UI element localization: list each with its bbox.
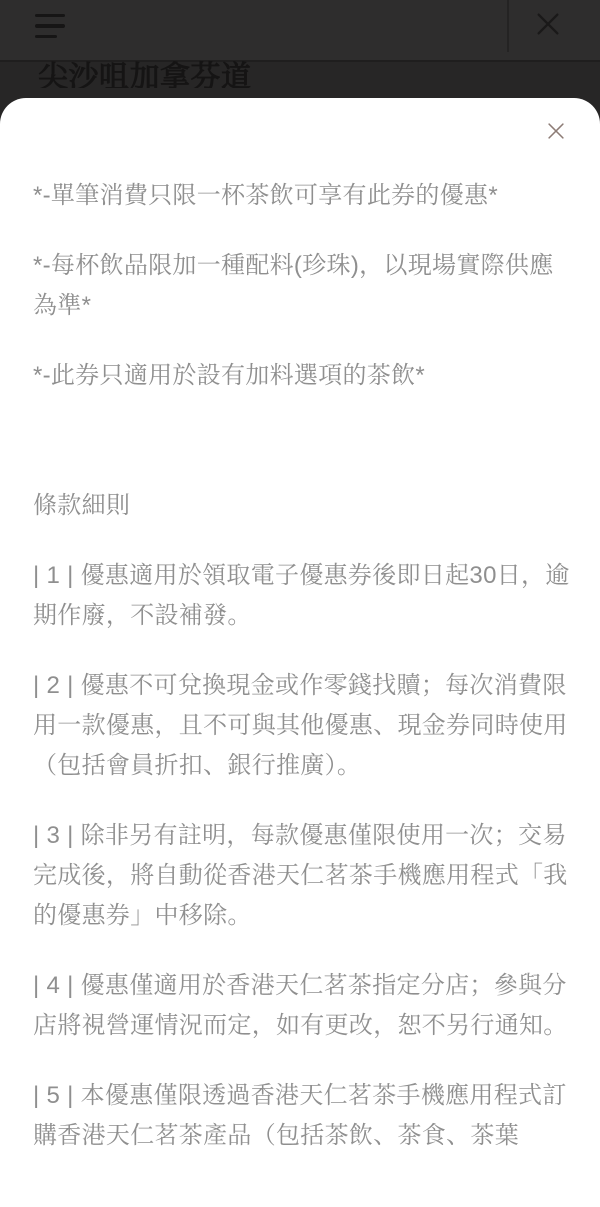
menu-button[interactable] (35, 9, 69, 43)
page-title: 尖沙咀加拿芬道 (38, 60, 252, 88)
hamburger-icon (35, 14, 69, 38)
modal-close-button[interactable] (541, 116, 571, 146)
term-item: | 3 | 除非另有註明，每款優惠僅限使用一次；交易完成後，將自動從香港天仁茗茶… (33, 816, 570, 936)
terms-modal: *-單筆消費只限一杯茶飲可享有此券的優惠* *-每杯飲品限加一種配料(珍珠)，以… (0, 98, 600, 1207)
term-item: | 2 | 優惠不可兌換現金或作零錢找贖；每次消費限用一款優惠，且不可與其他優惠… (33, 666, 570, 786)
app-screen: 尖沙咀加拿芬道 *-單筆消費只限一杯茶飲可享有此券的優惠* *-每杯飲品限加一種… (0, 0, 600, 1207)
term-item: | 1 | 優惠適用於領取電子優惠券後即日起30日，逾期作廢，不設補發。 (33, 556, 570, 636)
top-bar (0, 0, 600, 62)
header-close-button[interactable] (529, 5, 567, 43)
term-item: | 4 | 優惠僅適用於香港天仁茗茶指定分店；參與分店將視營運情況而定，如有更改… (33, 966, 570, 1046)
header-divider (507, 0, 509, 52)
close-icon (532, 8, 564, 40)
terms-heading: 條款細則 (33, 486, 570, 526)
note-line: *-每杯飲品限加一種配料(珍珠)，以現場實際供應為準* (33, 246, 570, 326)
note-line: *-此券只適用於設有加料選項的茶飲* (33, 356, 570, 396)
terms-scroll-area[interactable]: *-單筆消費只限一杯茶飲可享有此券的優惠* *-每杯飲品限加一種配料(珍珠)，以… (0, 98, 600, 1207)
close-icon (545, 120, 567, 142)
note-line: *-單筆消費只限一杯茶飲可享有此券的優惠* (33, 176, 570, 216)
term-item: | 5 | 本優惠僅限透過香港天仁茗茶手機應用程式訂購香港天仁茗茶產品（包括茶飲… (33, 1076, 570, 1156)
